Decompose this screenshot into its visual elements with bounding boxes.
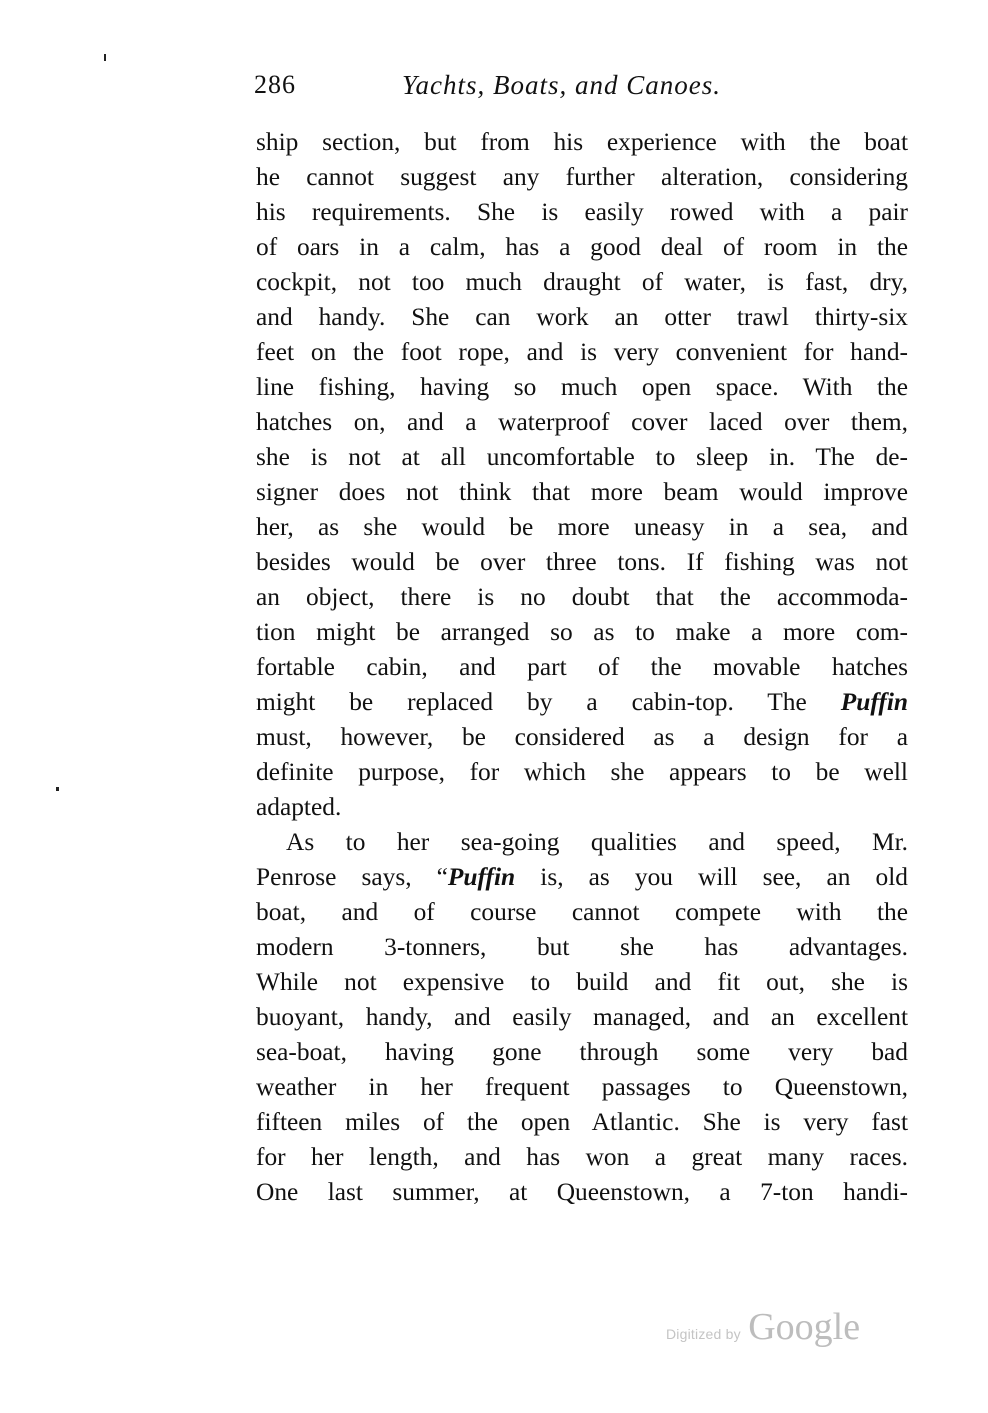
text-line: and handy. She can work an otter trawl t… — [256, 300, 908, 335]
text-line: of oars in a calm, has a good deal of ro… — [256, 230, 908, 265]
text-line: hatches on, and a waterproof cover laced… — [256, 405, 908, 440]
page-header: 286 Yachts, Boats, and Canoes. — [254, 70, 910, 104]
vessel-name-italic: Puffin — [448, 863, 515, 891]
text-line: buoyant, handy, and easily managed, and … — [256, 1000, 908, 1035]
text-segment: Penrose says, “ — [256, 863, 448, 891]
text-line: cockpit, not too much draught of water, … — [256, 265, 908, 300]
text-line: weather in her frequent passages to Quee… — [256, 1070, 908, 1105]
text-segment: is, as you will see, an old — [515, 863, 908, 891]
text-line-with-italic: Penrose says, “Puffin is, as you will se… — [256, 860, 908, 895]
text-line: must, however, be considered as a design… — [256, 720, 908, 755]
text-line: tion might be arranged so as to make a m… — [256, 615, 908, 650]
paragraph-start-line: As to her sea-going qualities and speed,… — [256, 825, 908, 860]
text-line: While not expensive to build and fit out… — [256, 965, 908, 1000]
scan-speck — [56, 787, 59, 791]
text-line: an object, there is no doubt that the ac… — [256, 580, 908, 615]
text-line: he cannot suggest any further alteration… — [256, 160, 908, 195]
text-segment: might be replaced by a cabin-top. The — [256, 688, 841, 716]
google-logo-text: Google — [748, 1306, 860, 1348]
text-line: fifteen miles of the open Atlantic. She … — [256, 1105, 908, 1140]
text-line: sea-boat, having gone through some very … — [256, 1035, 908, 1070]
paragraph-end-line: adapted. — [256, 790, 908, 825]
text-line: signer does not think that more beam wou… — [256, 475, 908, 510]
text-line: feet on the foot rope, and is very conve… — [256, 335, 908, 370]
text-line-with-italic: might be replaced by a cabin-top. The Pu… — [256, 685, 908, 720]
text-line: she is not at all uncomfortable to sleep… — [256, 440, 908, 475]
text-line: his requirements. She is easily rowed wi… — [256, 195, 908, 230]
scan-speck — [104, 54, 106, 61]
body-text: ship section, but from his experience wi… — [256, 125, 908, 1210]
text-line: modern 3-tonners, but she has advantages… — [256, 930, 908, 965]
text-line: besides would be over three tons. If fis… — [256, 545, 908, 580]
text-line: ship section, but from his experience wi… — [256, 125, 908, 160]
text-line: boat, and of course cannot compete with … — [256, 895, 908, 930]
vessel-name-italic: Puffin — [841, 688, 908, 716]
text-line: One last summer, at Queenstown, a 7-ton … — [256, 1175, 908, 1210]
book-page: 286 Yachts, Boats, and Canoes. ship sect… — [0, 0, 988, 1413]
text-line: line fishing, having so much open space.… — [256, 370, 908, 405]
text-line: for her length, and has won a great many… — [256, 1140, 908, 1175]
watermark-prefix: Digitized by — [666, 1326, 741, 1342]
text-line: fortable cabin, and part of the movable … — [256, 650, 908, 685]
running-title: Yachts, Boats, and Canoes. — [402, 70, 721, 101]
digitized-by-watermark: Digitized by Google — [666, 1305, 860, 1349]
page-number: 286 — [254, 70, 296, 100]
text-line: definite purpose, for which she appears … — [256, 755, 908, 790]
text-line: her, as she would be more uneasy in a se… — [256, 510, 908, 545]
